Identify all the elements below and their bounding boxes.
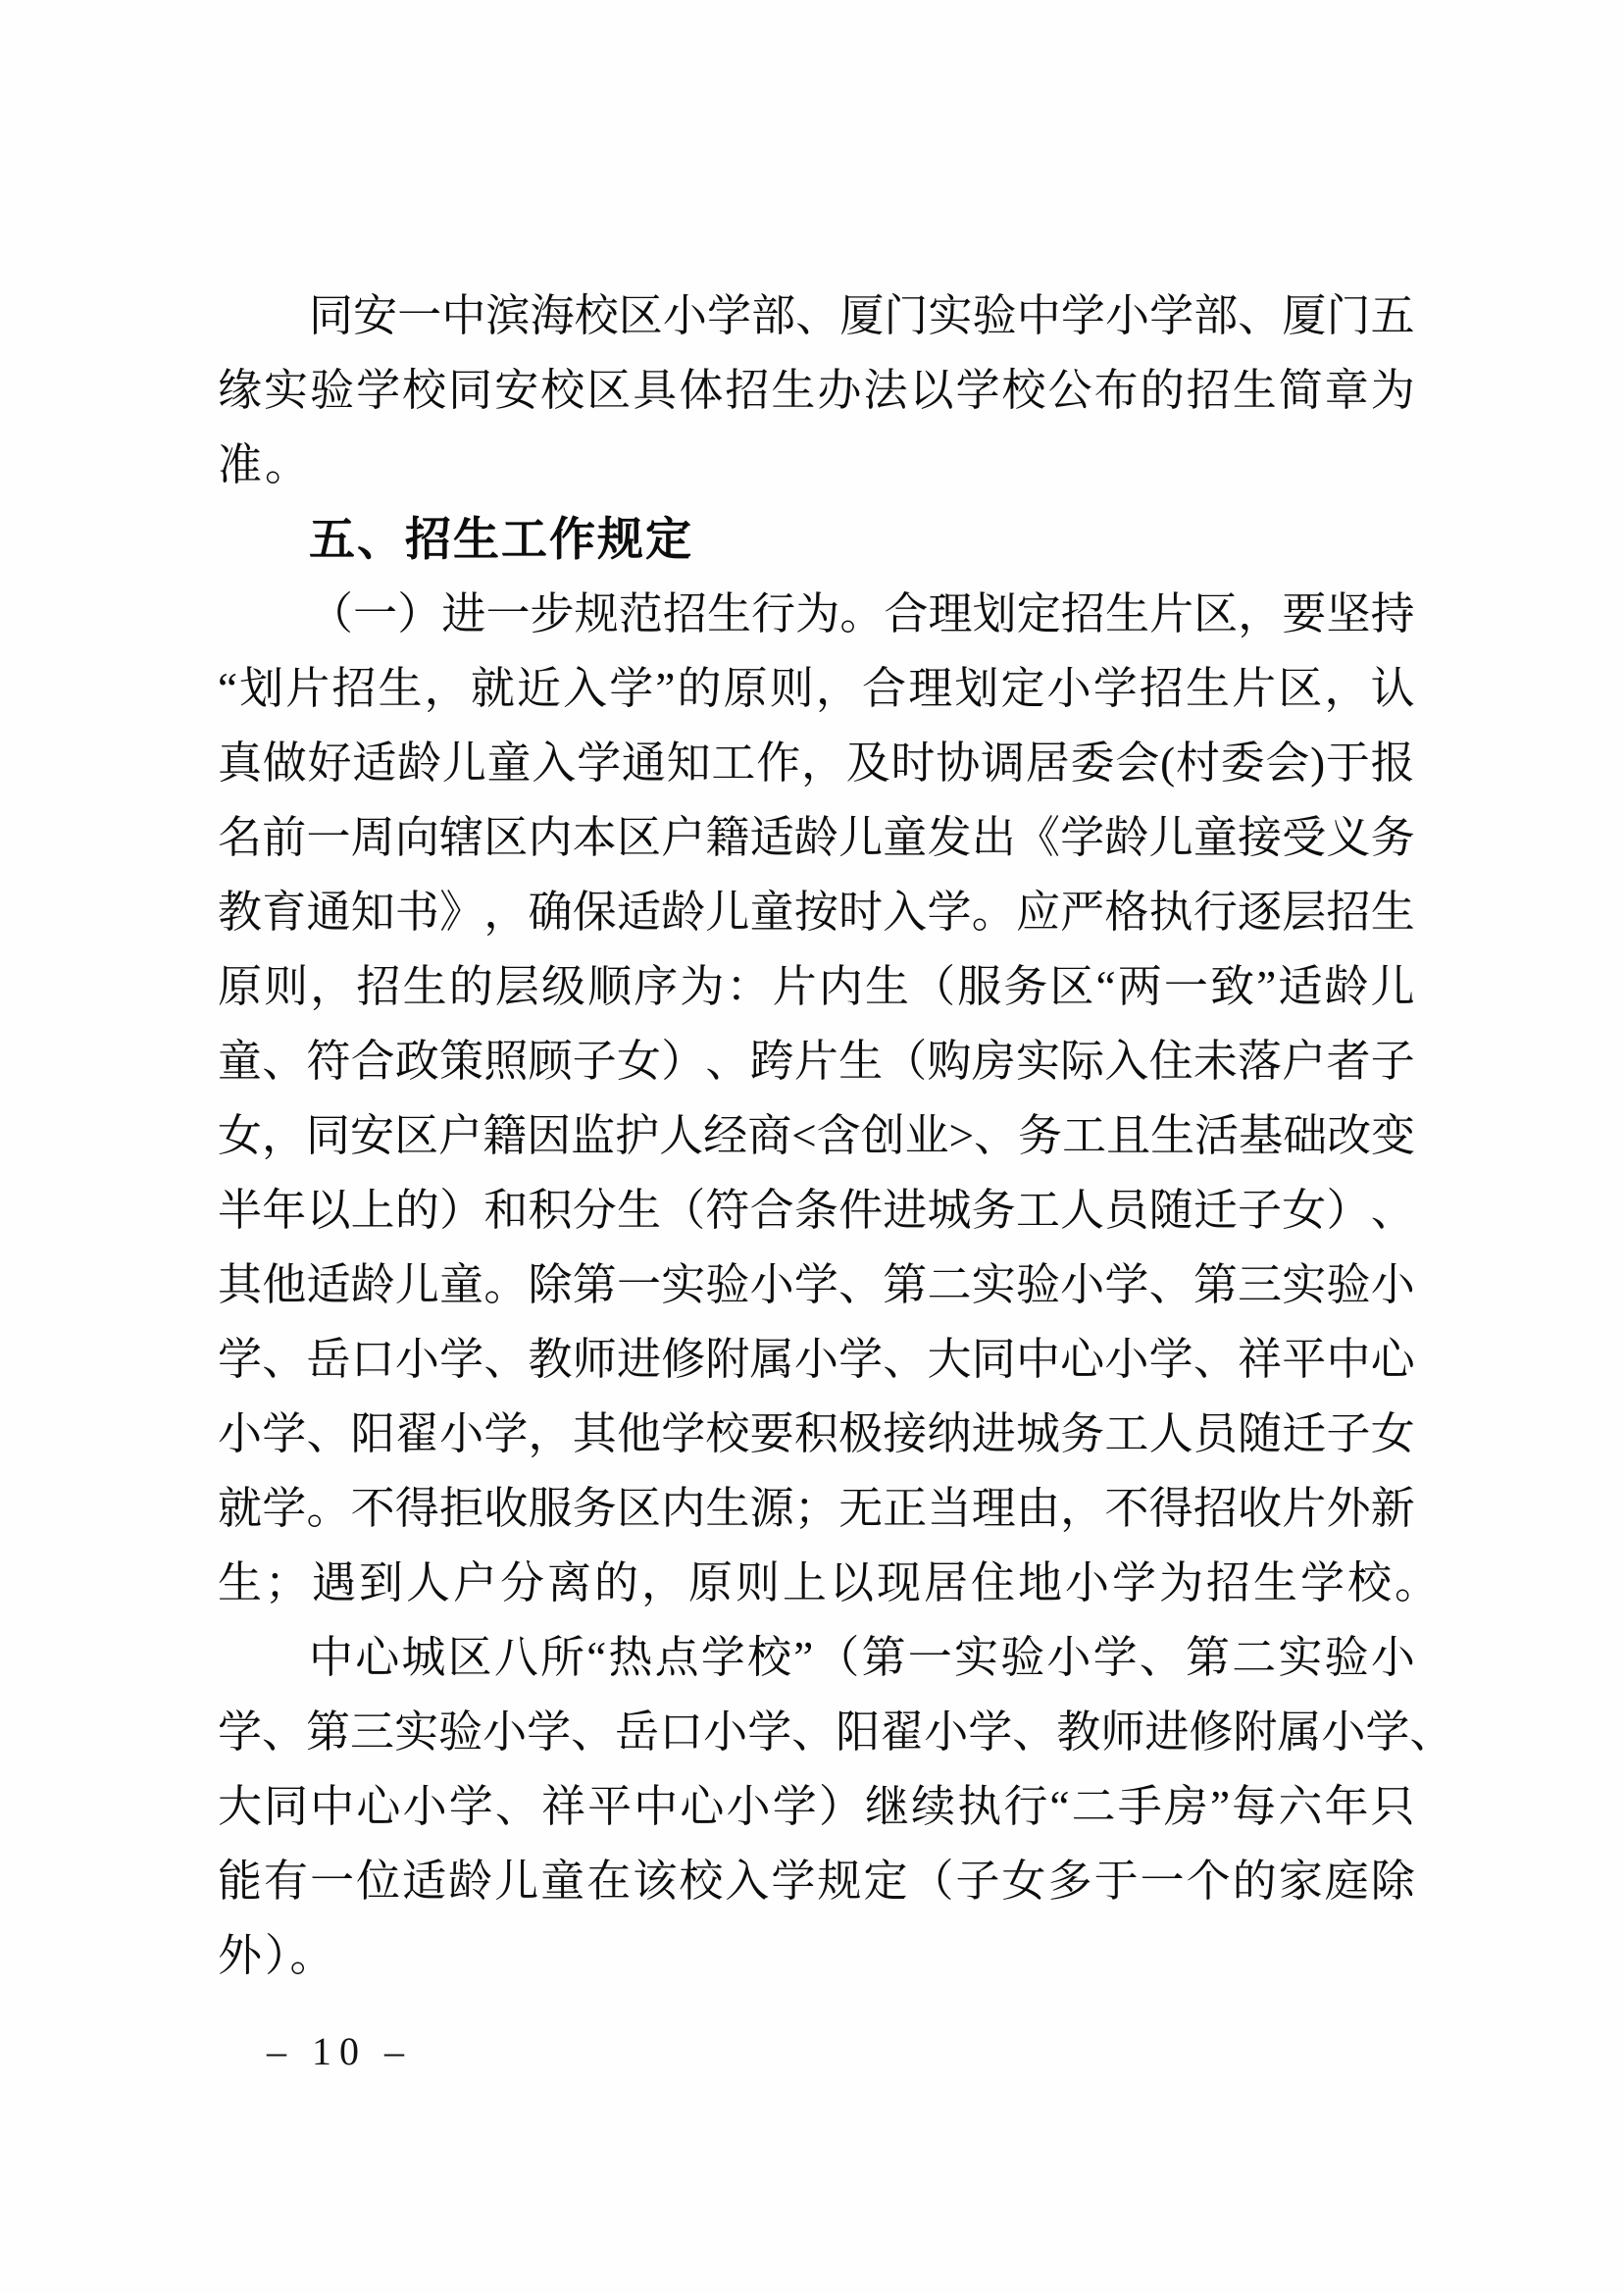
para3-line: 能有一位适龄儿童在该校入学规定（子女多于一个的家庭除 bbox=[218, 1844, 1415, 1918]
section-heading: 五、招生工作规定 bbox=[218, 502, 1415, 577]
para3-line: 大同中心小学、祥平中心小学）继续执行“二手房”每六年只 bbox=[218, 1769, 1415, 1844]
para2-line: 半年以上的）和积分生（符合条件进城务工人员随迁子女）、 bbox=[218, 1173, 1415, 1248]
para2-line: 童、符合政策照顾子女）、跨片生（购房实际入住未落户者子 bbox=[218, 1024, 1415, 1098]
para2-line: 原则，招生的层级顺序为：片内生（服务区“两一致”适龄儿 bbox=[218, 949, 1415, 1024]
para2-line: 女，同安区户籍因监护人经商<含创业>、务工且生活基础改变 bbox=[218, 1098, 1415, 1173]
para2-line: 其他适龄儿童。除第一实验小学、第二实验小学、第三实验小 bbox=[218, 1248, 1415, 1322]
para3-line: 中心城区八所“热点学校”（第一实验小学、第二实验小 bbox=[218, 1620, 1415, 1695]
para1-line: 准。 bbox=[218, 428, 1415, 502]
para3-line: 外）。 bbox=[218, 1918, 1415, 1993]
para1-line: 缘实验学校同安校区具体招生办法以学校公布的招生简章为 bbox=[218, 353, 1415, 428]
para2-line: 生；遇到人户分离的，原则上以现居住地小学为招生学校。 bbox=[218, 1546, 1415, 1620]
para2-line: （一）进一步规范招生行为。合理划定招生片区，要坚持 bbox=[218, 577, 1415, 651]
document-body: 同安一中滨海校区小学部、厦门实验中学小学部、厦门五 缘实验学校同安校区具体招生办… bbox=[218, 279, 1415, 1993]
para2-line: 小学、阳翟小学，其他学校要积极接纳进城务工人员随迁子女 bbox=[218, 1397, 1415, 1471]
para2-line: 学、岳口小学、教师进修附属小学、大同中心小学、祥平中心 bbox=[218, 1322, 1415, 1397]
para1-line: 同安一中滨海校区小学部、厦门实验中学小学部、厦门五 bbox=[218, 279, 1415, 353]
page-number: – 10 – bbox=[267, 2022, 412, 2081]
para2-line: “划片招生，就近入学”的原则，合理划定小学招生片区，认 bbox=[218, 651, 1415, 726]
scanned-document-page: 同安一中滨海校区小学部、厦门实验中学小学部、厦门五 缘实验学校同安校区具体招生办… bbox=[0, 0, 1624, 2293]
para2-line: 名前一周向辖区内本区户籍适龄儿童发出《学龄儿童接受义务 bbox=[218, 800, 1415, 875]
para2-line: 就学。不得拒收服务区内生源；无正当理由，不得招收片外新 bbox=[218, 1471, 1415, 1546]
para2-line: 真做好适龄儿童入学通知工作，及时协调居委会(村委会)于报 bbox=[218, 726, 1415, 800]
para3-line: 学、第三实验小学、岳口小学、阳翟小学、教师进修附属小学、 bbox=[218, 1695, 1415, 1769]
para2-line: 教育通知书》，确保适龄儿童按时入学。应严格执行逐层招生 bbox=[218, 875, 1415, 949]
